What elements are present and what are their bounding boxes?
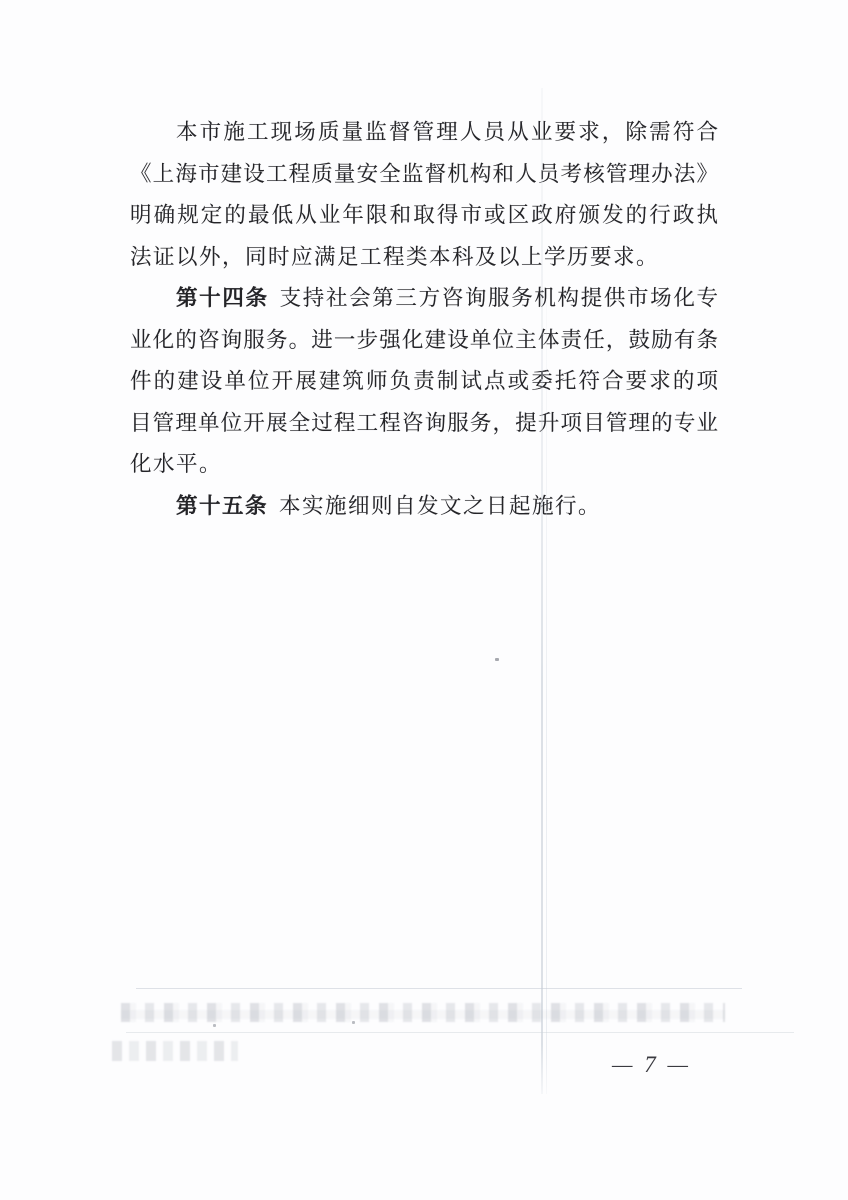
horizontal-scan-line-2 xyxy=(126,1032,794,1033)
text-line-content: 化水平。 xyxy=(130,452,222,476)
text-line-content: 本市施工现场质量监督管理人员从业要求，除需符合 xyxy=(176,120,718,144)
text-line: 明确规定的最低从业年限和取得市或区政府颁发的行政执 xyxy=(130,195,718,237)
text-line: 第十五条本实施细则自发文之日起施行。 xyxy=(130,486,718,528)
clause-number: 第十四条 xyxy=(176,286,269,310)
ink-speck-2 xyxy=(213,1024,216,1027)
text-line-content: 《上海市建设工程质量安全监督机构和人员考核管理办法》 xyxy=(130,162,718,186)
text-line: 目管理单位开展全过程工程咨询服务，提升项目管理的专业 xyxy=(130,403,718,445)
text-line: 《上海市建设工程质量安全监督机构和人员考核管理办法》 xyxy=(130,154,718,196)
ink-speck xyxy=(495,658,499,661)
text-line-content: 件的建设单位开展建筑师负责制试点或委托符合要求的项 xyxy=(130,369,718,393)
scanned-document-page: 本市施工现场质量监督管理人员从业要求，除需符合《上海市建设工程质量安全监督机构和… xyxy=(0,0,848,1200)
horizontal-scan-line xyxy=(136,988,742,989)
text-line-content: 业化的咨询服务。进一步强化建设单位主体责任，鼓励有条 xyxy=(130,328,718,352)
text-line: 业化的咨询服务。进一步强化建设单位主体责任，鼓励有条 xyxy=(130,320,718,362)
text-line: 本市施工现场质量监督管理人员从业要求，除需符合 xyxy=(130,112,718,154)
bleed-through-ghost-text xyxy=(121,1003,725,1022)
text-line-content: 明确规定的最低从业年限和取得市或区政府颁发的行政执 xyxy=(130,203,718,227)
text-line: 化水平。 xyxy=(130,444,718,486)
text-line: 第十四条支持社会第三方咨询服务机构提供市场化专 xyxy=(130,278,718,320)
ink-speck-3 xyxy=(352,1021,355,1024)
vertical-fold-scan-line xyxy=(541,88,543,1094)
text-line-content: 支持社会第三方咨询服务机构提供市场化专 xyxy=(280,286,718,310)
text-line-content: 本实施细则自发文之日起施行。 xyxy=(279,494,601,518)
page-number: — 7 — xyxy=(612,1052,722,1078)
text-line: 法证以外，同时应满足工程类本科及以上学历要求。 xyxy=(130,237,718,279)
bleed-through-ghost-text-2 xyxy=(112,1041,238,1061)
clause-number: 第十五条 xyxy=(176,494,268,518)
body-text: 本市施工现场质量监督管理人员从业要求，除需符合《上海市建设工程质量安全监督机构和… xyxy=(130,112,718,527)
text-line-content: 法证以外，同时应满足工程类本科及以上学历要求。 xyxy=(130,245,659,269)
text-line: 件的建设单位开展建筑师负责制试点或委托符合要求的项 xyxy=(130,361,718,403)
vertical-fold-scan-line-2 xyxy=(546,300,547,1094)
text-line-content: 目管理单位开展全过程工程咨询服务，提升项目管理的专业 xyxy=(130,411,718,435)
